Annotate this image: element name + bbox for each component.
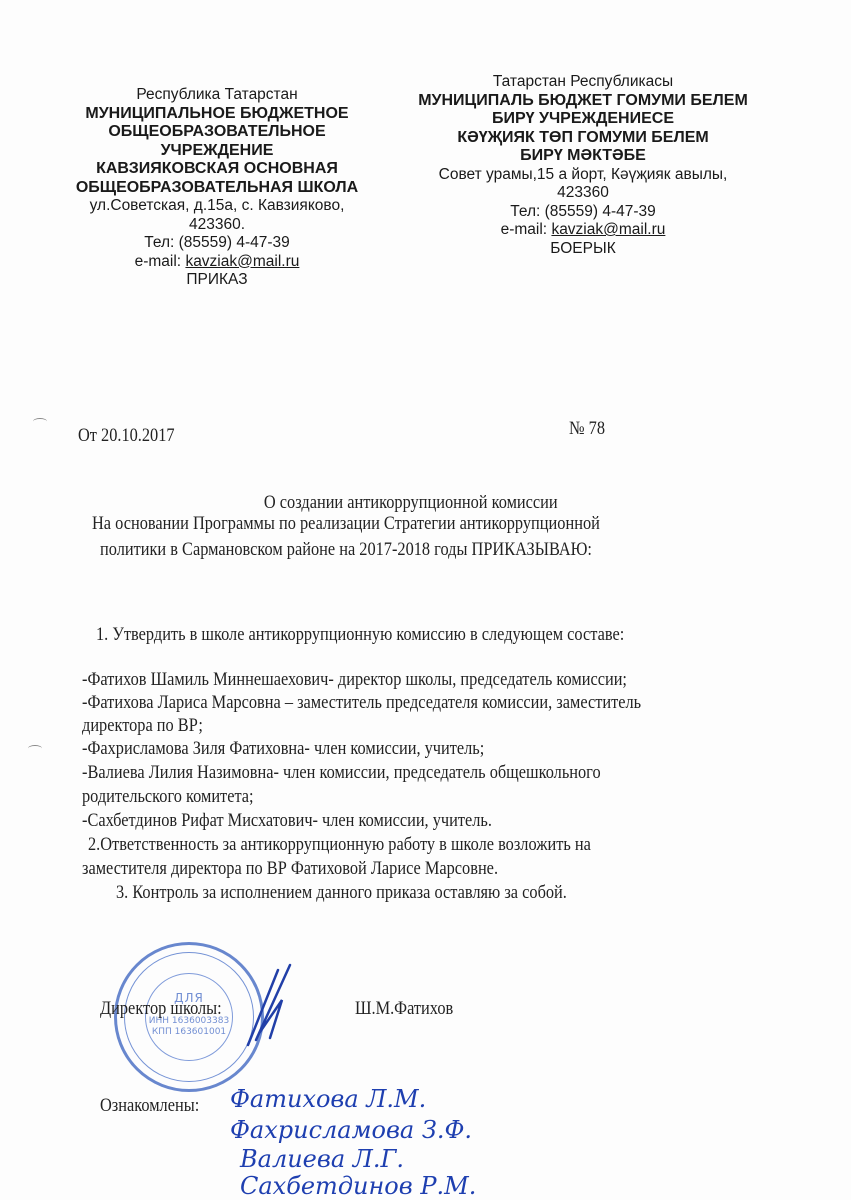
preamble-line: На основании Программы по реализации Стр… [92, 513, 683, 535]
email-link[interactable]: kavziak@mail.ru [551, 221, 665, 238]
acknowledged-label: Ознакомлены: [100, 1095, 215, 1117]
member-line: родительского комитета; [82, 786, 282, 808]
order-item-1: 1. Утвердить в школе антикоррупционную к… [96, 624, 710, 646]
email-row: e-mail: kavziak@mail.ru [52, 253, 382, 272]
scan-mark [28, 745, 42, 752]
org-name-line: ОБЩЕОБРАЗОВАТЕЛЬНОЕ [52, 123, 382, 142]
postal-code: 423360 [398, 184, 768, 203]
handwritten-signature: Фахрисламова З.Ф. [230, 1116, 472, 1144]
order-title: О создании антикоррупционной комиссии [0, 492, 851, 514]
order-number: № 78 [569, 418, 611, 440]
email-label: e-mail: [135, 253, 186, 270]
org-name-line: МУНИЦИПАЛЬНОЕ БЮДЖЕТНОЕ [52, 105, 382, 124]
member-line: -Валиева Лилия Назимовна- член комиссии,… [82, 762, 685, 784]
order-date: От 20.10.2017 [78, 425, 190, 447]
doc-type: ПРИКАЗ [52, 271, 382, 290]
org-name-line: КӘҮҖИЯК ТӨП ГОМУМИ БЕЛЕМ [398, 129, 768, 148]
postal-code: 423360. [52, 216, 382, 235]
header-right-tatar: Татарстан Республикасы МУНИЦИПАЛЬ БЮДЖЕТ… [398, 73, 768, 258]
director-name: Ш.М.Фатихов [355, 998, 469, 1020]
email-link[interactable]: kavziak@mail.ru [185, 253, 299, 270]
org-name-line: МУНИЦИПАЛЬ БЮДЖЕТ ГОМУМИ БЕЛЕМ [398, 92, 768, 111]
address-line: Совет урамы,15 а йорт, Кәүҗияк авылы, [398, 166, 768, 185]
order-item-3: 3. Контроль за исполнением данного прика… [116, 882, 640, 904]
org-name-line: ОБЩЕОБРАЗОВАТЕЛЬНАЯ ШКОЛА [52, 179, 382, 198]
header-left-russian: Республика Татарстан МУНИЦИПАЛЬНОЕ БЮДЖЕ… [52, 86, 382, 290]
republic-name: Татарстан Республикасы [398, 73, 768, 92]
member-line: -Фатихов Шамиль Миннешаехович- директор … [82, 669, 716, 691]
handwritten-signature: Сахбетдинов Р.М. [240, 1172, 476, 1200]
phone: Тел: (85559) 4-47-39 [398, 203, 768, 222]
address-line: ул.Советская, д.15а, с. Кавзияково, [52, 197, 382, 216]
director-position: Директор школы: [100, 998, 242, 1020]
email-label: e-mail: [501, 221, 552, 238]
handwritten-signature: Валиева Л.Г. [240, 1145, 404, 1173]
org-name-line: КАВЗИЯКОВСКАЯ ОСНОВНАЯ [52, 160, 382, 179]
handwritten-signature: Фатихова Л.М. [230, 1085, 426, 1113]
phone: Тел: (85559) 4-47-39 [52, 234, 382, 253]
member-line: -Фахрисламова Зиля Фатиховна- член комис… [82, 738, 550, 760]
org-name-line: БИРҮ МӘКТӘБЕ [398, 147, 768, 166]
order-item-2: 2.Ответственность за антикоррупционную р… [88, 834, 673, 856]
email-row: e-mail: kavziak@mail.ru [398, 221, 768, 240]
republic-name: Республика Татарстан [52, 86, 382, 105]
member-line: -Сахбетдинов Рифат Мисхатович- член коми… [82, 810, 559, 832]
doc-type: БОЕРЫК [398, 240, 768, 259]
preamble-line: политики в Сармановском районе на 2017-2… [100, 539, 672, 561]
order-item-2-cont: заместителя директора по ВР Фатиховой Ла… [82, 858, 566, 880]
director-signature-icon [240, 960, 300, 1050]
org-name-line: УЧРЕЖДЕНИЕ [52, 142, 382, 161]
org-name-line: БИРҮ УЧРЕЖДЕНИЕСЕ [398, 110, 768, 129]
member-line: -Фатихова Лариса Марсовна – заместитель … [82, 692, 732, 714]
scan-mark [33, 418, 47, 425]
member-line: директора по ВР; [82, 715, 223, 737]
